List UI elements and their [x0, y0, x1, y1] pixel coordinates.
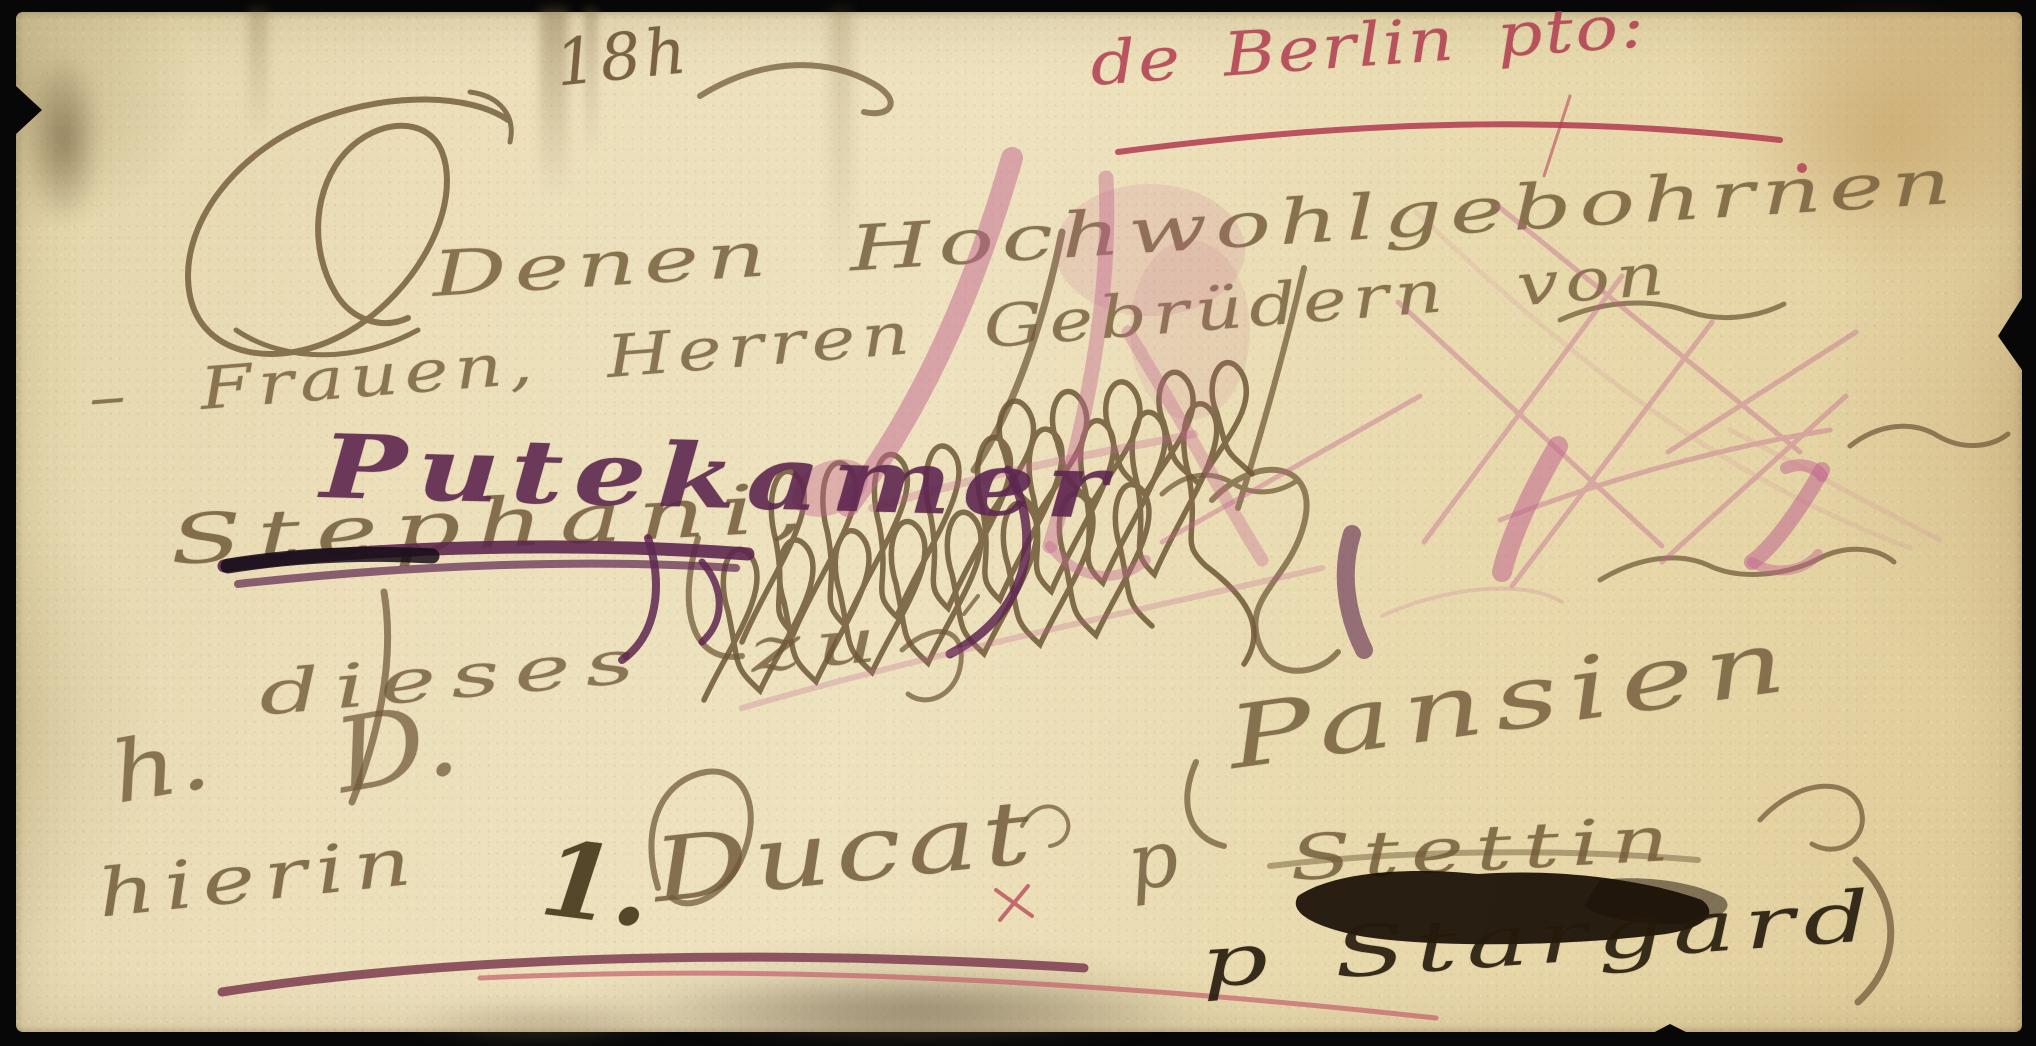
red-cross-mark: [996, 886, 1032, 920]
initial-flourish: [188, 92, 511, 355]
letter-scan: 18h de Berlin pto: Denen Hochwohlgebohrn…: [0, 0, 2036, 1046]
origin-underline: [1118, 96, 1807, 176]
stephani-strikethrough: [224, 547, 748, 584]
name-overwritten: Putekamer: [319, 414, 1117, 539]
